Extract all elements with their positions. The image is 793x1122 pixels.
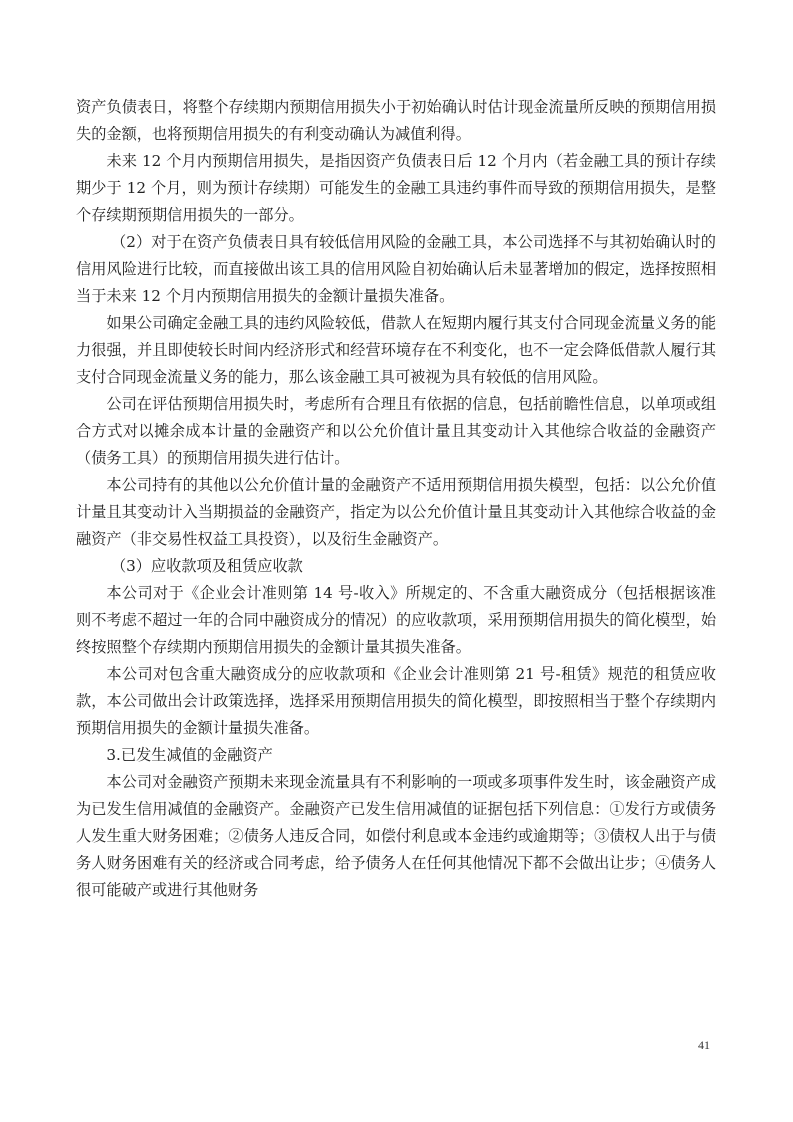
paragraph-fair-value-exclusion: 本公司持有的其他以公允价值计量的金融资产不适用预期信用损失模型，包括：以公允价值… — [76, 472, 716, 553]
paragraph-receivables-simplified: 本公司对于《企业会计准则第 14 号-收入》所规定的、不含重大融资成分（包括根据… — [76, 580, 716, 661]
document-body: 资产负债表日，将整个存续期内预期信用损失小于初始确认时估计现金流量所反映的预期信… — [76, 94, 716, 904]
paragraph-continuation: 资产负债表日，将整个存续期内预期信用损失小于初始确认时估计现金流量所反映的预期信… — [76, 94, 716, 148]
paragraph-lease-receivables: 本公司对包含重大融资成分的应收款项和《企业会计准则第 21 号-租赁》规范的租赁… — [76, 661, 716, 742]
section-heading-receivables: （3）应收款项及租赁应收款 — [76, 553, 716, 580]
paragraph-low-credit-risk: （2）对于在资产负债表日具有较低信用风险的金融工具，本公司选择不与其初始确认时的… — [76, 229, 716, 310]
paragraph-ecl-assessment: 公司在评估预期信用损失时，考虑所有合理且有依据的信息，包括前瞻性信息，以单项或组… — [76, 391, 716, 472]
section-heading-impaired-assets: 3.已发生减值的金融资产 — [76, 742, 716, 769]
paragraph-impairment-evidence: 本公司对金融资产预期未来现金流量具有不利影响的一项或多项事件发生时，该金融资产成… — [76, 769, 716, 904]
page-number: 41 — [698, 1038, 710, 1053]
paragraph-low-default-risk: 如果公司确定金融工具的违约风险较低，借款人在短期内履行其支付合同现金流量义务的能… — [76, 310, 716, 391]
paragraph-12-month-ecl: 未来 12 个月内预期信用损失，是指因资产负债表日后 12 个月内（若金融工具的… — [76, 148, 716, 229]
